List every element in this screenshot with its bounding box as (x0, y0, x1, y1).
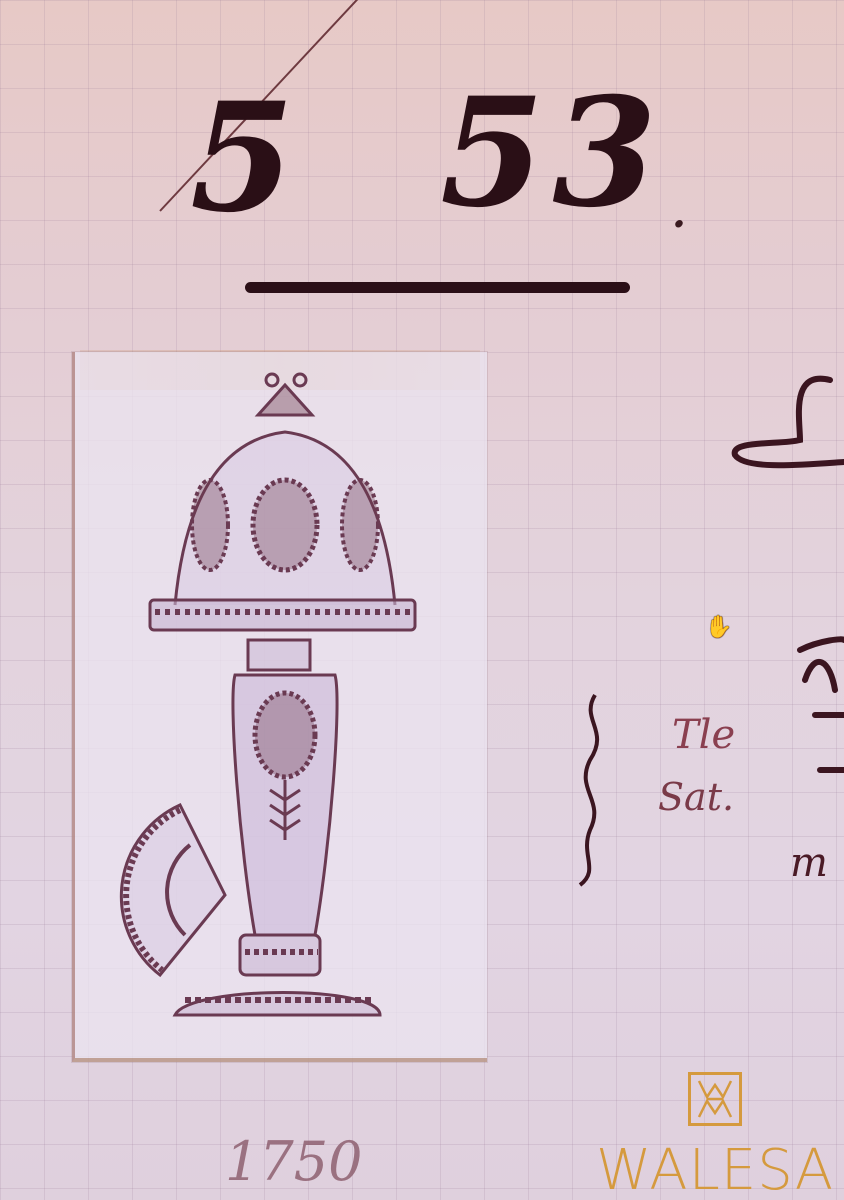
lamp-illustration (0, 0, 844, 1200)
margin-note-line1: Tle (672, 712, 735, 758)
hand-cursor-icon: ✋ (705, 615, 732, 640)
brand-name: WALESA (596, 1138, 834, 1200)
bottom-price-note: 1750 (225, 1130, 362, 1193)
monogram-logo-icon (688, 1072, 742, 1126)
margin-note-line2: Sat. (658, 775, 734, 819)
margin-note-fragment: m (790, 840, 828, 886)
walesa-watermark: WALESA (596, 1070, 844, 1200)
